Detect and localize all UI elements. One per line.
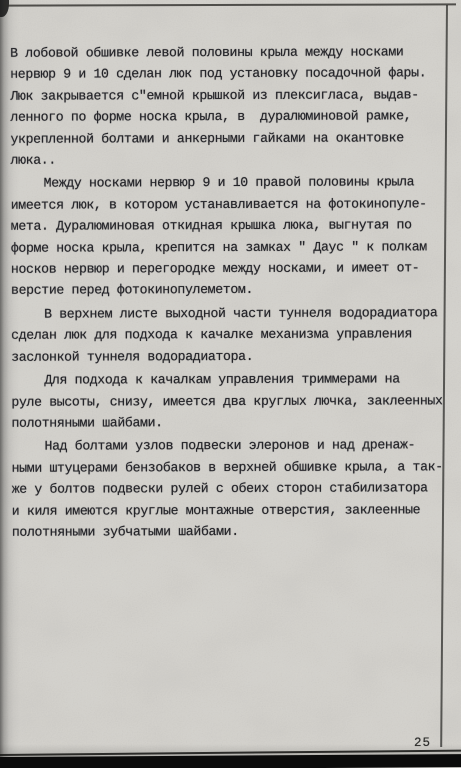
- text-line: форме носка крыла, крепится на замках " …: [11, 236, 451, 259]
- text-line: Для подхода к качалкам управления тримме…: [11, 368, 451, 391]
- text-line: Люк закрывается с"емной крышкой из плекс…: [10, 84, 450, 107]
- paragraph: Над болтами узлов подвески элеронов и на…: [11, 435, 451, 544]
- text-line: В лобовой обшивке левой половины крыла м…: [10, 41, 450, 64]
- text-line: же у болтов подвески рулей с обеих сторо…: [12, 477, 452, 500]
- page-border-top: [4, 3, 456, 6]
- text-line: ленного по форме носка крыла, в дуралюми…: [10, 105, 450, 128]
- scanned-document-page: В лобовой обшивке левой половины крыла м…: [0, 0, 461, 768]
- text-line: Между носками нервюр 9 и 10 правой полов…: [11, 172, 451, 195]
- text-line: Над болтами узлов подвески элеронов и на…: [11, 435, 451, 458]
- page-number: 25: [414, 736, 431, 750]
- scan-edge-band: [0, 754, 461, 768]
- text-line: полотняными шайбами.: [11, 411, 451, 434]
- corner-ink-blot: [0, 0, 9, 17]
- text-line: полотняными зубчатыми шайбами.: [12, 520, 452, 543]
- text-line: В верхнем листе выходной части туннеля в…: [11, 302, 451, 325]
- text-line: люка..: [10, 148, 450, 171]
- paragraph: Для подхода к качалкам управления тримме…: [11, 368, 451, 434]
- text-line: и киля имеются круглые монтажные отверст…: [12, 499, 452, 522]
- text-line: нервюр 9 и 10 сделан люк под установку п…: [10, 63, 450, 86]
- text-line: сделан люк для подхода к качалке механиз…: [11, 324, 451, 347]
- text-line: мета. Дуралюминовая откидная крышка люка…: [11, 214, 451, 237]
- text-line: укрепленной болтами и анкерными гайками …: [10, 127, 450, 150]
- text-line: имеется люк, в котором устанавливается н…: [11, 193, 451, 216]
- text-line: носков нервюр и перегородке между носкам…: [11, 257, 451, 280]
- document-text: В лобовой обшивке левой половины крыла м…: [10, 41, 452, 545]
- paragraph: В верхнем листе выходной части туннеля в…: [11, 302, 451, 368]
- paragraph: Между носками нервюр 9 и 10 правой полов…: [11, 172, 451, 302]
- text-line: верстие перед фотокинопулеметом.: [11, 279, 451, 302]
- text-line: руле высоты, снизу, имеется два круглых …: [11, 390, 451, 413]
- text-line: заслонкой туннеля водорадиатора.: [11, 345, 451, 368]
- paragraph: В лобовой обшивке левой половины крыла м…: [10, 41, 450, 171]
- text-line: ными штуцерами бензобаков в верхней обши…: [12, 456, 452, 479]
